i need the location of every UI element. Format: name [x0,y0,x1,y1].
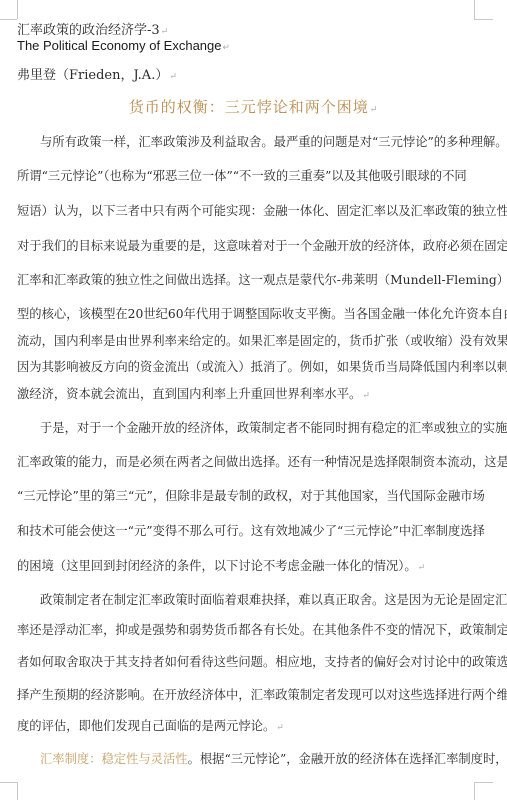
paragraph-mark-icon: ↵ [169,72,177,82]
crop-mark-top-left-v [17,0,18,19]
document-title-cn: 汇率政策的政治经济学-3↵ [17,19,168,38]
crop-mark-bottom-left-v [17,782,18,800]
body-line: 率还是浮动汇率，抑或是强势和弱势货币都各有长处。在其他条件不变的情况下，政策制定 [17,620,507,638]
body-line: 和技术可能会使这一“元”变得不那么可行。这有效地减少了“三元悖论”中汇率制度选择 [17,521,485,539]
crop-mark-top-left-h [0,19,17,20]
paragraph-mark-icon: ↵ [223,42,231,52]
document-title-en: The Political Economy of Exchange↵ [17,38,230,53]
paragraph-mark-icon: ↵ [370,105,379,115]
body-line: 对于我们的目标来说最为重要的是，这意味着对于一个金融开放的经济体，政府必须在固定 [17,236,507,254]
body-line: 的困境（这里回到封闭经济的条件，以下讨论不考虑金融一体化的情况）。↵ [17,556,425,574]
crop-mark-bottom-right-h [474,782,493,783]
inline-subheading: 汇率制度：稳定性与灵活性 [40,752,188,766]
body-line: 因为其影响被反方向的资金流出（或流入）抵消了。例如，如果货币当局降低国内利率以刺 [17,357,507,375]
body-line: 择产生预期的经济影响。在开放经济体中，汇率政策制定者发现可以对这些选择进行两个维 [17,685,507,703]
body-line: “三元悖论”里的第三“元”，但除非是最专制的政权，对于其他国家，当代国际金融市场 [17,486,485,504]
body-line: 所谓“三元悖论”（也称为“邪恶三位一体”“不一致的三重奏”以及其他吸引眼球的不同 [17,166,467,184]
body-line: 短语）认为，以下三者中只有两个可能实现：金融一体化、固定汇率以及汇率政策的独立性… [17,201,507,219]
paragraph-mark-icon: ↵ [362,391,370,401]
crop-mark-bottom-right-v [474,782,475,800]
crop-mark-top-right-v [474,0,475,19]
body-line: 流动，国内利率是由世界利率来给定的。如果汇率是固定的，货币扩张（或收缩）没有效果… [17,331,507,349]
body-line: 者如何取舍取决于其支持者如何看待这些问题。相应地，支持者的偏好会对讨论中的政策选 [17,652,507,670]
body-line-subheading: 汇率制度：稳定性与灵活性。根据“三元悖论”，金融开放的经济体在选择汇率制度时， [40,749,507,767]
body-line: 型的核心，该模型在20世纪60年代用于调整国际收支平衡。当各国金融一体化允许资本… [17,304,507,322]
section-heading: 货币的权衡：三元悖论和两个困境↵ [0,96,507,117]
body-line: 与所有政策一样，汇率政策涉及利益取舍。最严重的问题是对“三元悖论”的多种理解。 [40,132,507,150]
body-line: 激经济，资本就会流出，直到国内利率上升重回世界利率水平。↵ [17,384,370,402]
body-line: 政策制定者在制定汇率政策时面临着艰难抉择，难以真正取舍。这是因为无论是固定汇 [40,590,507,608]
body-line: 汇率政策的能力，而是必须在两者之间做出选择。还有一种情况是选择限制资本流动，这是 [17,452,507,470]
body-line: 于是，对于一个金融开放的经济体，政策制定者不能同时拥有稳定的汇率或独立的实施 [40,418,507,436]
body-line: 度的评估，即他们发现自己面临的是两元悖论。↵ [17,716,284,734]
paragraph-mark-icon: ↵ [418,563,426,573]
paragraph-mark-icon: ↵ [161,27,169,37]
body-line: 汇率和汇率政策的独立性之间做出选择。这一观点是蒙代尔-弗莱明（Mundell-F… [17,270,507,288]
paragraph-mark-icon: ↵ [276,723,284,733]
crop-mark-bottom-left-h [0,782,17,783]
crop-mark-top-right-h [474,19,493,20]
author-line: 弗里登（Frieden，J.A.）↵ [17,64,177,83]
